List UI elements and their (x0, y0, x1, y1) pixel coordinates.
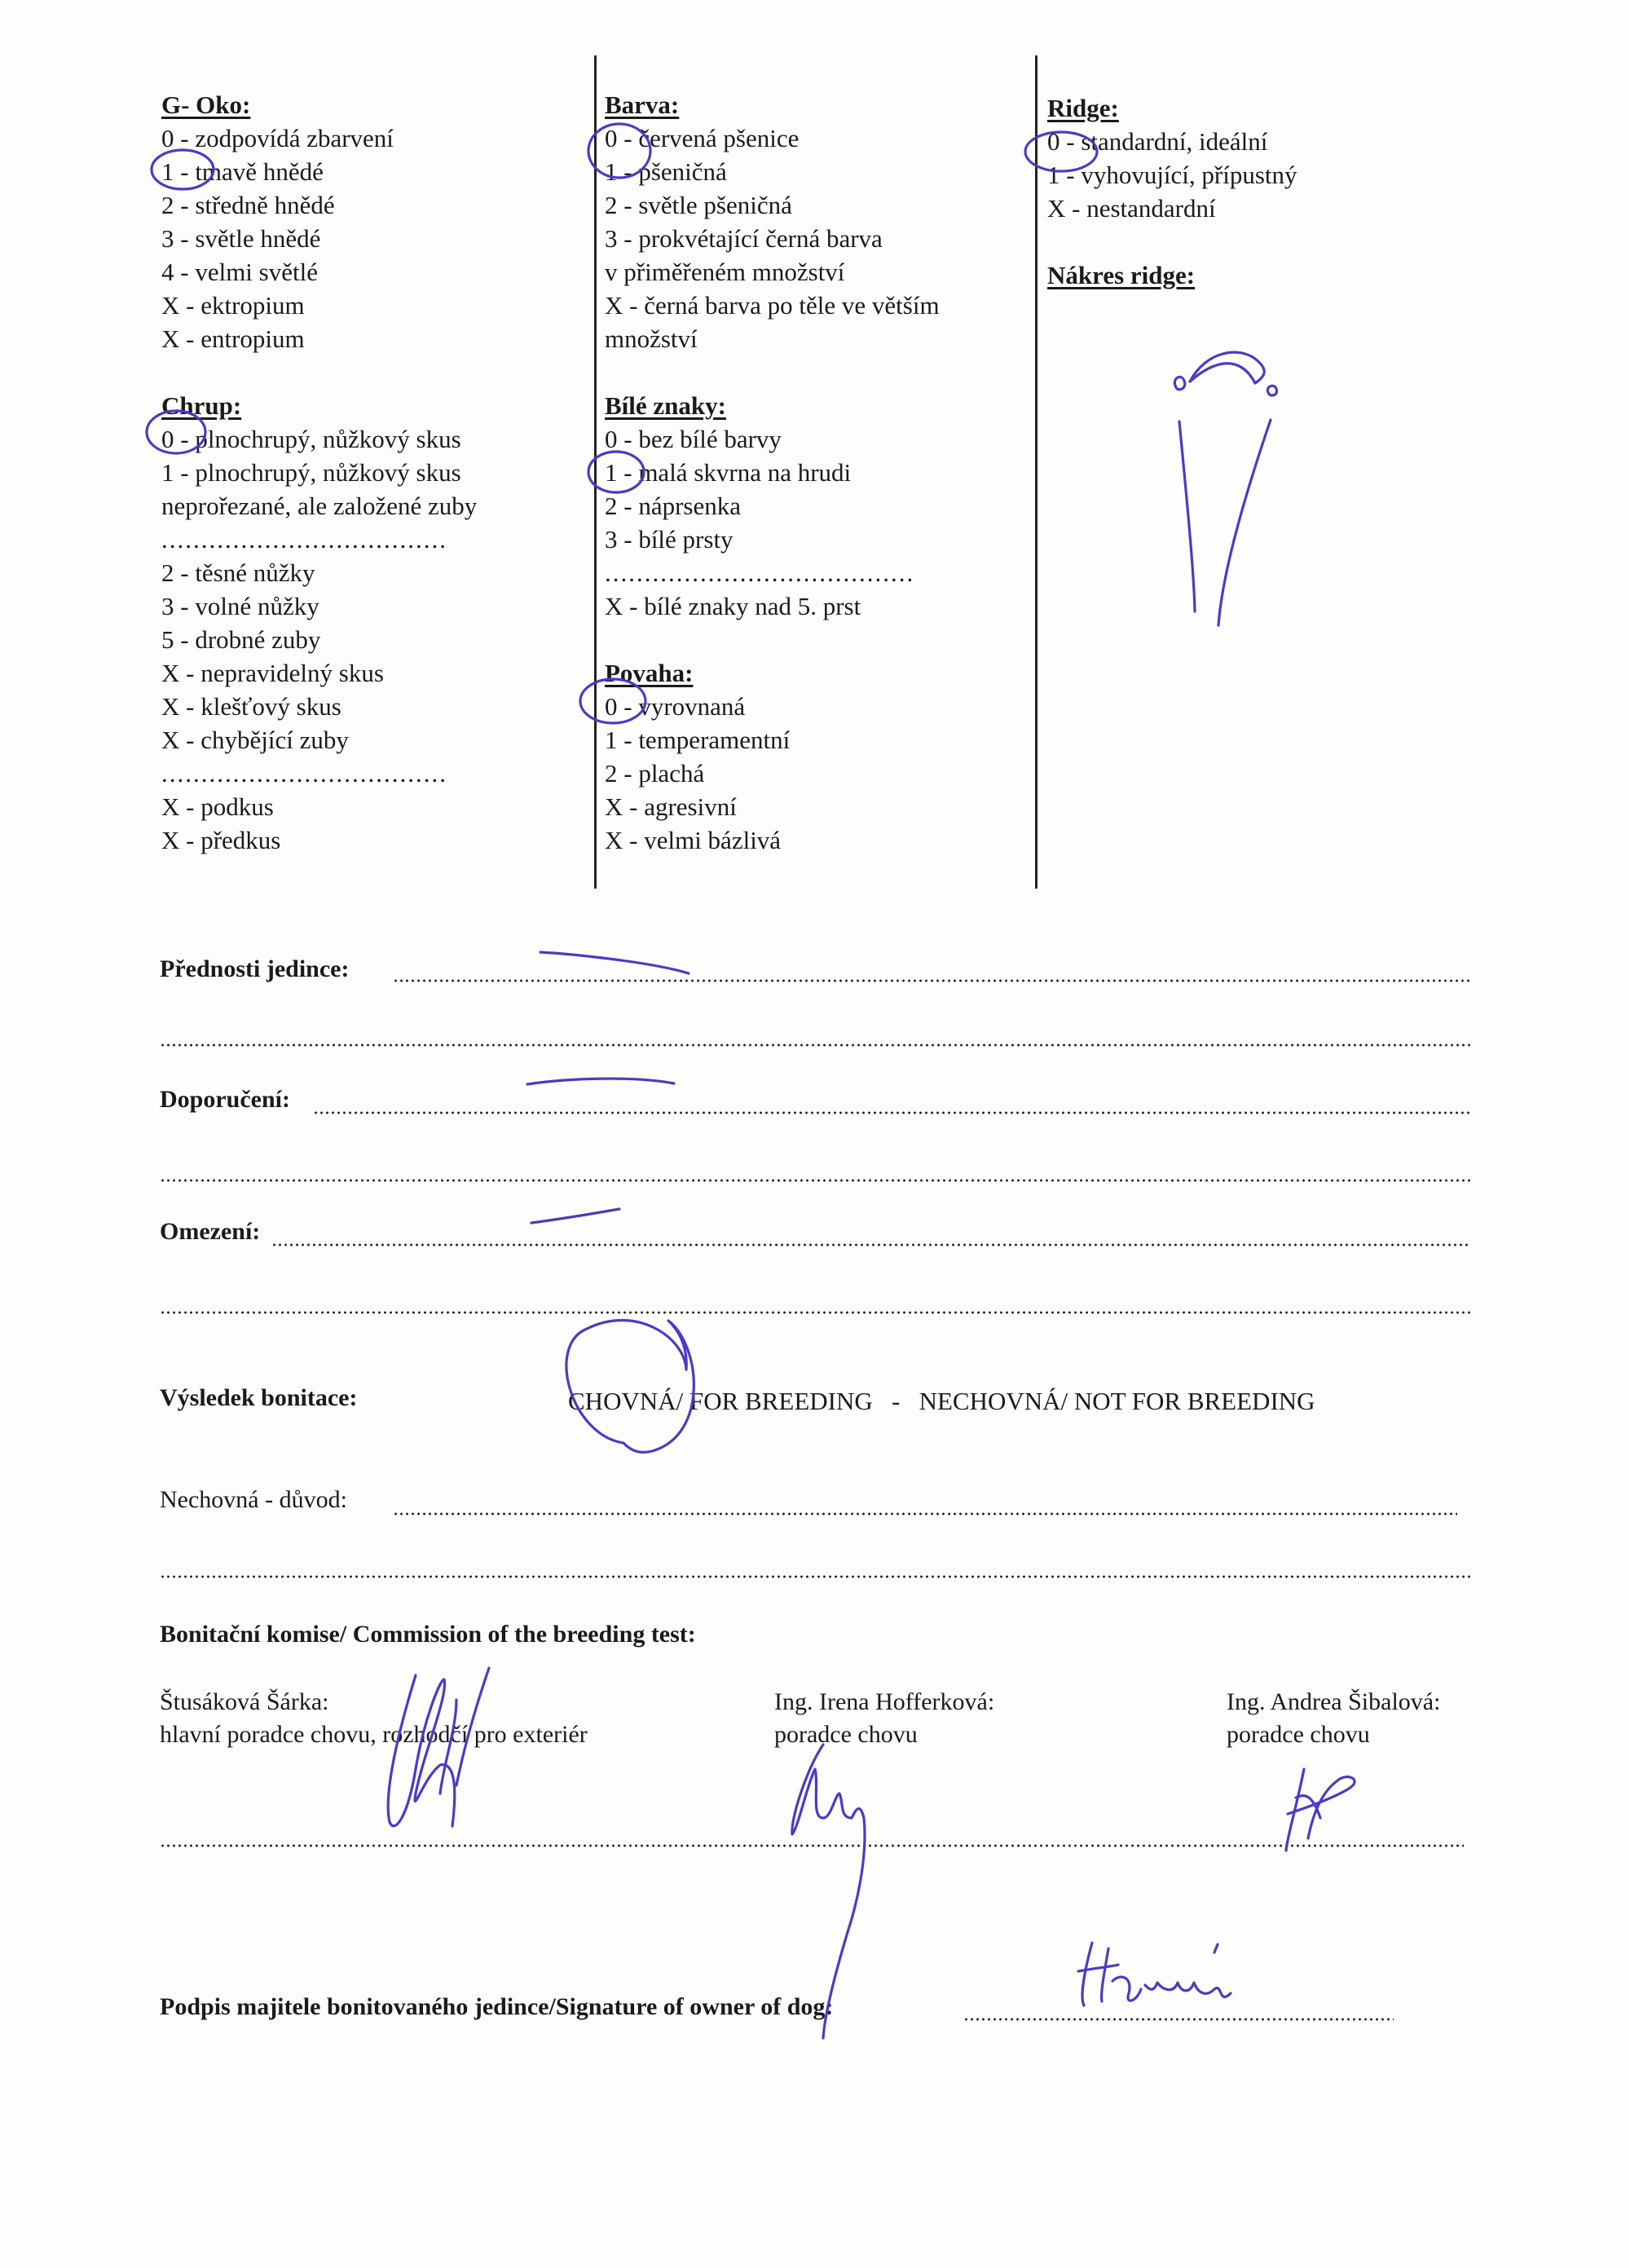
option-item[interactable]: X - černá barva po těle ve větším (605, 289, 940, 322)
option-item[interactable]: 3 - volné nůžky (161, 589, 477, 623)
option-item[interactable]: X - předkus (161, 823, 477, 857)
option-item[interactable]: X - agresivní (605, 790, 940, 823)
field-prednosti: Přednosti jedince: (160, 955, 349, 983)
option-item[interactable]: X - klešťový skus (161, 690, 477, 723)
doporuceni-dash (527, 1079, 674, 1084)
option-item[interactable]: 0 - bez bílé barvy (605, 422, 940, 456)
not-breeding-reason-line-1[interactable] (393, 1512, 1457, 1516)
option-item[interactable]: 1 - plnochrupý, nůžkový skus (161, 456, 477, 489)
option-item[interactable]: X - entropium (161, 322, 477, 355)
option-item[interactable]: 1 - vyhovující, přípustný (1047, 158, 1297, 192)
option-item[interactable]: v přiměřeném množství (605, 255, 940, 289)
option-item[interactable]: X - chybějící zuby (161, 723, 477, 757)
option-item[interactable]: 0 - zodpovídá zbarvení (161, 121, 477, 155)
commission-member-2: Ing. Irena Hofferková: poradce chovu (774, 1686, 994, 1751)
omezeni-line-1[interactable] (271, 1243, 1468, 1247)
prednosti-line-2[interactable] (160, 1044, 1470, 1047)
option-item[interactable]: neprořezané, ale založené zuby (161, 489, 477, 523)
section-heading: Nákres ridge: (1047, 258, 1297, 292)
option-item[interactable]: X - bílé znaky nad 5. prst (605, 589, 940, 623)
field-doporuceni: Doporučení: (160, 1086, 290, 1114)
option-item[interactable]: 1 - temperamentní (605, 723, 940, 757)
option-item[interactable]: X - nestandardní (1047, 192, 1297, 225)
column-divider-right (1035, 55, 1037, 889)
member-name: Štusáková Šárka: (160, 1686, 588, 1719)
doporuceni-line-1[interactable] (313, 1111, 1470, 1114)
commission-title: Bonitační komise/ Commission of the bree… (160, 1621, 696, 1648)
option-item-selected[interactable]: 1 - tmavě hnědé (161, 155, 477, 188)
option-item-selected[interactable]: 0 - vyrovnaná (605, 690, 940, 723)
member-role: poradce chovu (774, 1719, 994, 1751)
not-breeding-reason-line-2[interactable] (160, 1575, 1470, 1578)
option-item[interactable]: 2 - světle pšeničná (605, 188, 940, 222)
option-breeding[interactable]: CHOVNÁ/ FOR BREEDING (568, 1387, 873, 1415)
field-prednosti-label: Přednosti jedince: (160, 955, 349, 982)
column-color-marks-temperament: Barva:0 - červená pšenice1 - pšeničná2 -… (605, 88, 940, 857)
omezeni-dash (531, 1209, 619, 1223)
section-gap (605, 355, 940, 389)
member-role: poradce chovu (1227, 1719, 1440, 1751)
prednosti-line-1[interactable] (393, 979, 1470, 982)
option-item[interactable]: 2 - středně hnědé (161, 188, 477, 222)
option-item[interactable]: 2 - těsné nůžky (161, 556, 477, 589)
field-doporuceni-label: Doporučení: (160, 1086, 290, 1113)
option-item[interactable]: 2 - plachá (605, 757, 940, 790)
commission-signature-line[interactable] (160, 1844, 1464, 1847)
field-omezeni: Omezení: (160, 1218, 260, 1246)
signature-owner (1078, 1943, 1231, 2005)
commission-member-3: Ing. Andrea Šibalová: poradce chovu (1227, 1686, 1440, 1751)
not-breeding-reason-label: Nechovná - důvod: (160, 1486, 347, 1514)
commission-member-1: Štusáková Šárka: hlavní poradce chovu, r… (160, 1686, 588, 1751)
section-heading: Chrup: (161, 389, 477, 422)
section-gap (161, 355, 477, 389)
owner-signature-line[interactable] (963, 2018, 1394, 2021)
column-ridge: Ridge:0 - standardní, ideální1 - vyhovuj… (1047, 91, 1297, 292)
option-separator: - (879, 1387, 913, 1415)
section-gap (1047, 225, 1297, 258)
option-item[interactable]: množství (605, 322, 940, 355)
option-item[interactable]: X - podkus (161, 790, 477, 823)
member-name: Ing. Irena Hofferková: (774, 1686, 994, 1719)
doporuceni-line-2[interactable] (160, 1179, 1470, 1182)
option-item[interactable]: 1 - pšeničná (605, 155, 940, 188)
option-item[interactable]: X - nepravidelný skus (161, 656, 477, 690)
result-label: Výsledek bonitace: (160, 1384, 358, 1412)
member-role: hlavní poradce chovu, rozhodčí pro exter… (160, 1719, 588, 1751)
column-eye-teeth: G- Oko:0 - zodpovídá zbarvení1 - tmavě h… (161, 88, 477, 857)
dotted-separator: .................................... (161, 523, 477, 556)
member-name: Ing. Andrea Šibalová: (1227, 1686, 1440, 1719)
omezeni-line-2[interactable] (160, 1311, 1470, 1314)
option-item-selected[interactable]: 0 - standardní, ideální (1047, 125, 1297, 158)
owner-signature-label: Podpis majitele bonitovaného jedince/Sig… (160, 1993, 833, 2021)
option-item[interactable]: 4 - velmi světlé (161, 255, 477, 289)
dotted-separator: ....................................... (605, 556, 940, 589)
option-item[interactable]: X - velmi bázlivá (605, 823, 940, 857)
option-item-selected[interactable]: 0 - červená pšenice (605, 121, 940, 155)
option-item-selected[interactable]: 0 - plnochrupý, nůžkový skus (161, 422, 477, 456)
section-heading: Bílé znaky: (605, 389, 940, 422)
field-omezeni-label: Omezení: (160, 1218, 260, 1245)
ridge-sketch-icon (1174, 352, 1276, 625)
section-gap (605, 623, 940, 656)
option-item[interactable]: 3 - bílé prsty (605, 523, 940, 556)
option-not-breeding[interactable]: NECHOVNÁ/ NOT FOR BREEDING (919, 1387, 1315, 1415)
column-divider-left (594, 55, 597, 889)
result-options: CHOVNÁ/ FOR BREEDING - NECHOVNÁ/ NOT FOR… (568, 1387, 1315, 1416)
section-heading: Barva: (605, 88, 940, 121)
option-item[interactable]: 3 - světle hnědé (161, 222, 477, 255)
option-item[interactable]: 2 - náprsenka (605, 489, 940, 523)
option-item[interactable]: X - ektropium (161, 289, 477, 322)
section-heading: Povaha: (605, 656, 940, 690)
prednosti-dash (540, 952, 689, 973)
section-heading: Ridge: (1047, 91, 1297, 125)
option-item[interactable]: 5 - drobné zuby (161, 623, 477, 656)
dotted-separator: .................................... (161, 757, 477, 790)
section-heading: G- Oko: (161, 88, 477, 121)
option-item[interactable]: 3 - prokvétající černá barva (605, 222, 940, 255)
option-item-selected[interactable]: 1 - malá skvrna na hrudi (605, 456, 940, 489)
signature-sibalova (1286, 1769, 1355, 1851)
